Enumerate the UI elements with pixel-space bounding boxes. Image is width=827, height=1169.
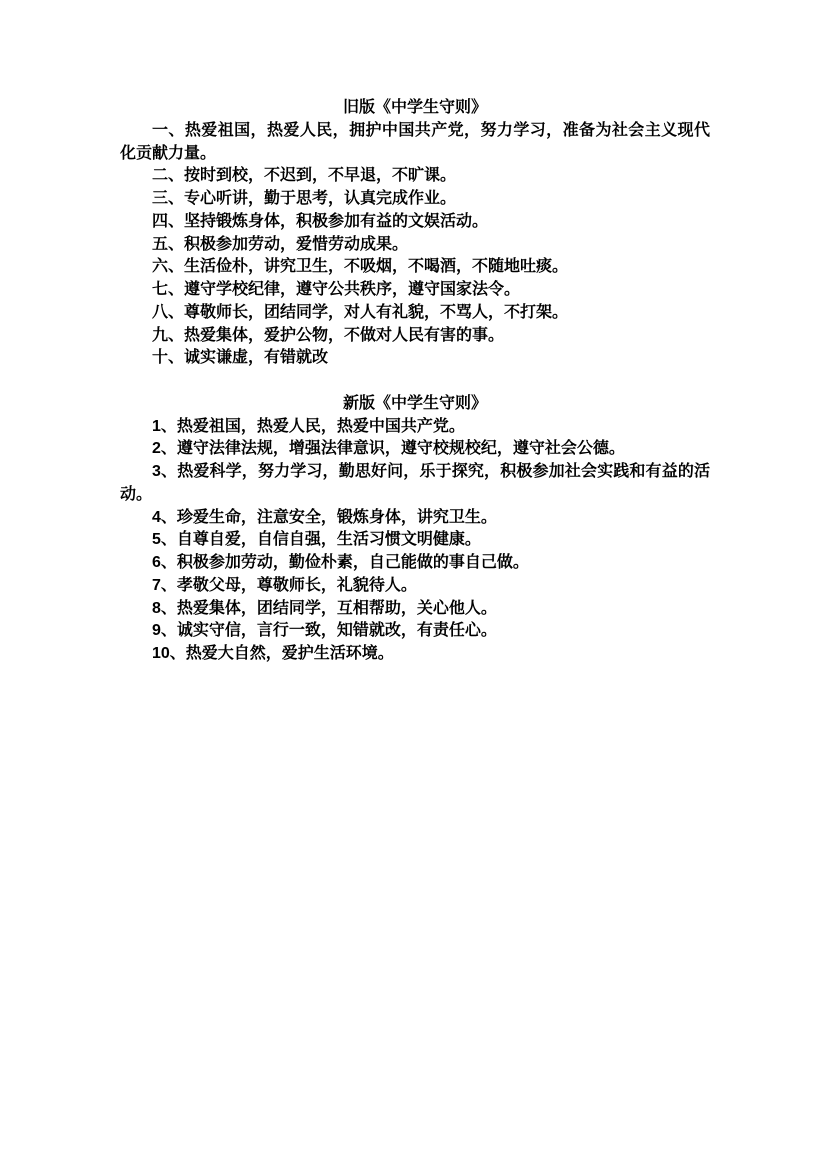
new-rule-item-7: 7、孝敬父母，尊敬师长，礼貌待人。: [120, 575, 710, 598]
old-rule-item-5: 五、积极参加劳动，爱惜劳动成果。: [120, 234, 710, 257]
new-rule-item-3: 3、热爱科学，努力学习，勤思好问，乐于探究，积极参加社会实践和有益的活动。: [120, 461, 710, 507]
new-rule-item-9: 9、诚实守信，言行一致，知错就改，有责任心。: [120, 620, 710, 643]
old-rule-item-2: 二、按时到校，不迟到，不早退，不旷课。: [120, 165, 710, 188]
old-rule-item-7: 七、遵守学校纪律，遵守公共秩序，遵守国家法令。: [120, 279, 710, 302]
old-rule-item-10: 十、诚实谦虚，有错就改: [120, 347, 710, 370]
document-page: 旧版《中学生守则》 一、热爱祖国，热爱人民，拥护中国共产党，努力学习，准备为社会…: [0, 0, 827, 1169]
new-rule-item-8: 8、热爱集体，团结同学，互相帮助，关心他人。: [120, 598, 710, 621]
document-content: 旧版《中学生守则》 一、热爱祖国，热爱人民，拥护中国共产党，努力学习，准备为社会…: [120, 97, 710, 666]
new-rule-item-1: 1、热爱祖国，热爱人民，热爱中国共产党。: [120, 416, 710, 439]
old-rule-item-3: 三、专心听讲，勤于思考，认真完成作业。: [120, 188, 710, 211]
new-rule-item-2: 2、遵守法律法规，增强法律意识，遵守校规校纪，遵守社会公德。: [120, 438, 710, 461]
old-rules-title: 旧版《中学生守则》: [120, 97, 710, 120]
new-rule-item-10: 10、热爱大自然，爱护生活环境。: [120, 643, 710, 666]
new-rule-item-5: 5、自尊自爱，自信自强，生活习惯文明健康。: [120, 529, 710, 552]
new-rule-item-4: 4、珍爱生命，注意安全，锻炼身体，讲究卫生。: [120, 507, 710, 530]
old-rule-item-6: 六、生活俭朴，讲究卫生，不吸烟，不喝酒，不随地吐痰。: [120, 256, 710, 279]
old-rule-item-4: 四、坚持锻炼身体，积极参加有益的文娱活动。: [120, 211, 710, 234]
old-rule-item-8: 八、尊敬师长，团结同学，对人有礼貌，不骂人，不打架。: [120, 302, 710, 325]
old-rule-item-9: 九、热爱集体，爱护公物，不做对人民有害的事。: [120, 325, 710, 348]
old-rule-item-1: 一、热爱祖国，热爱人民，拥护中国共产党，努力学习，准备为社会主义现代化贡献力量。: [120, 120, 710, 166]
new-rule-item-6: 6、积极参加劳动，勤俭朴素，自己能做的事自己做。: [120, 552, 710, 575]
new-rules-title: 新版《中学生守则》: [120, 393, 710, 416]
